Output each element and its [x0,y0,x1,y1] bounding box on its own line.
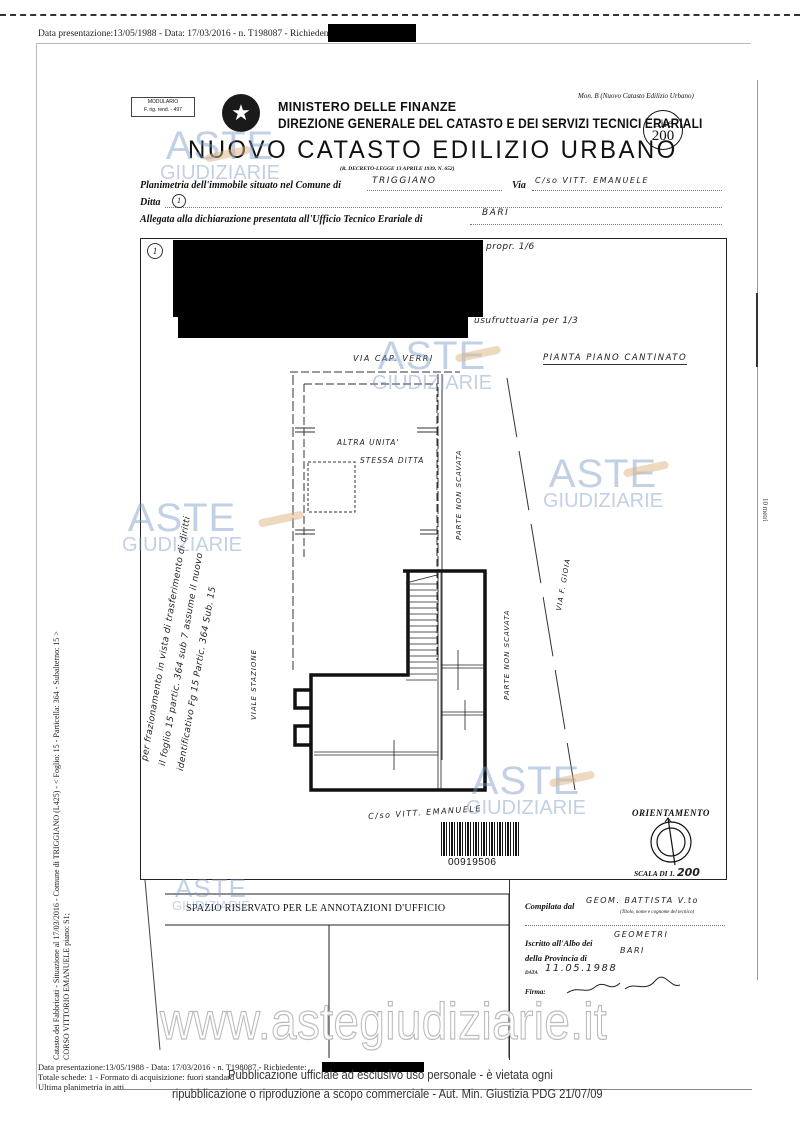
barcode [441,822,519,856]
site-watermark: www.astegiudiziarie.it [160,992,607,1052]
publication-notice-1: Pubblicazione ufficiale ad esclusivo uso… [228,1067,553,1082]
data-label: DATA [525,971,538,976]
provincia-label: della Provincia di [525,953,587,963]
compilata-value: GEOM. BATTISTA V.to [586,896,699,905]
stessa-ditta-label: STESSA DITTA [360,456,424,465]
parte-non-scavata-label-2: PARTE NON SCAVATA [503,610,511,700]
scale-label: SCALA DI 1. 200 [634,866,700,879]
compilata-line-2 [525,925,725,926]
altra-unita-label: ALTRA UNITA' [337,438,400,447]
viale-stazione-label: VIALE STAZIONE [250,649,258,720]
parte-non-scavata-label-1: PARTE NON SCAVATA [455,450,463,540]
aste-watermark: ASTE GIUDIZIARIE [372,338,492,392]
compilata-label: Compilata dal [525,901,574,911]
aste-watermark: ASTE GIUDIZIARIE [172,877,250,912]
provincia-value: BARI [620,946,645,955]
compilata-hint: (Titolo, nome e cognome del tecnico) [620,910,694,915]
ruler-segment [756,293,758,367]
barcode-number: 00919506 [448,857,497,868]
floor-plan-drawing [0,0,800,1131]
scale-ruler [757,80,758,980]
aste-watermark: ASTE GIUDIZIARIE [122,500,242,554]
aste-watermark: ASTE GIUDIZIARIE [466,763,586,817]
iscritto-value: GEOMETRI [614,930,668,939]
data-value: 11.05.1988 [545,963,617,974]
orientamento-label: ORIENTAMENTO [632,808,710,818]
publication-notice-2: ripubblicazione o riproduzione a scopo c… [172,1086,603,1101]
ruler-label: 10 metri [761,498,769,522]
side-stamp-line-1: Catasto dei Fabbricati - Situazione al 1… [52,631,61,1060]
side-stamp-line-2: CORSO VITTORIO EMANUELE piano: S1; [62,913,71,1060]
iscritto-label: Iscritto all'Albo dei [525,938,593,948]
